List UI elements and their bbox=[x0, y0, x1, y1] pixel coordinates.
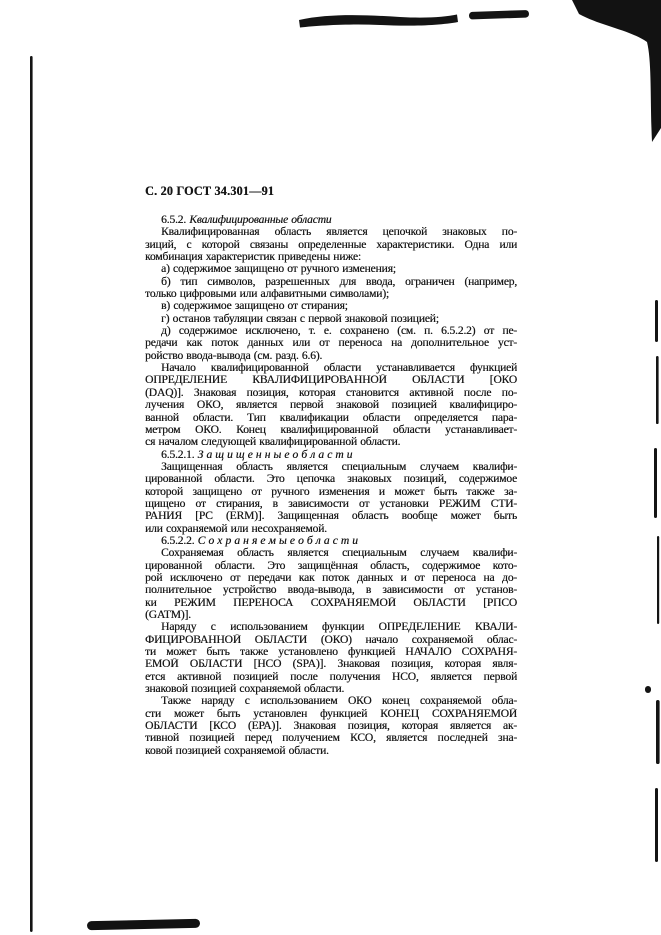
scan-artifact-right-mark bbox=[656, 356, 659, 424]
section-heading: 6.5.2.1. З а щ и щ е н н ы е о б л а с т… bbox=[145, 449, 517, 461]
text-line: комбинация характеристик приведены ниже: bbox=[145, 251, 517, 263]
section-number: 6.5.2.2. bbox=[161, 535, 198, 547]
text-line: Наряду с использованием функции ОПРЕДЕЛЕ… bbox=[145, 621, 517, 633]
text-line: или сохраняемой или несохраняемой. bbox=[145, 523, 517, 535]
text-line: которой защищено от ручного изменения и … bbox=[145, 486, 517, 498]
text-line: д) содержимое исключено, т. е. сохранено… bbox=[145, 325, 517, 337]
text-line: ройство ввода-вывода (см. разд. 6.6). bbox=[145, 350, 517, 362]
text-line: метром ОКО. Конец квалифицированной обла… bbox=[145, 424, 517, 436]
text-line: тивной позицией перед получением КСО, яв… bbox=[145, 732, 517, 744]
text-line: знаковой позицией сохраняемой области. bbox=[145, 683, 517, 695]
scan-artifact-top-streak bbox=[299, 15, 458, 28]
text-line: полнительное устройство ввода-вывода, в … bbox=[145, 584, 517, 596]
text-line: ОПРЕДЕЛЕНИЕ КВАЛИФИЦИРОВАННОЙ ОБЛАСТИ [О… bbox=[145, 374, 517, 386]
section-heading: 6.5.2.2. С о х р а н я е м ы е о б л а с… bbox=[145, 535, 517, 547]
text-line: ется активной позицией после получения Н… bbox=[145, 671, 517, 683]
scan-artifact-right-mark bbox=[656, 700, 660, 764]
text-line: ФИЦИРОВАННОЙ ОБЛАСТИ (ОКО) начало сохран… bbox=[145, 634, 517, 646]
text-line: ковой позицией сохраняемой области. bbox=[145, 745, 517, 757]
text-line: Защищенная область является специальным … bbox=[145, 461, 517, 473]
text-line: цированной области. Это защищённая облас… bbox=[145, 560, 517, 572]
text-line: зиций, с которой связаны определенные ха… bbox=[145, 239, 517, 251]
scan-artifact-top-streak-2 bbox=[469, 10, 529, 20]
scan-artifact-right-mark bbox=[654, 448, 657, 518]
text-line: ся началом следующей квалифицированной о… bbox=[145, 436, 517, 448]
section-number: 6.5.2. bbox=[161, 214, 189, 226]
scan-artifact-right-mark bbox=[657, 536, 659, 624]
text-line: редачи как поток данных или от переноса … bbox=[145, 337, 517, 349]
section-title: С о х р а н я е м ы е о б л а с т и bbox=[198, 535, 358, 547]
text-line: РАНИЯ [РС (ERM)]. Защищенная область воо… bbox=[145, 510, 517, 522]
scan-artifact-right-mark bbox=[655, 788, 658, 862]
section-heading: 6.5.2. Квалифицированные области bbox=[145, 214, 517, 226]
text-line: лучения ОКО, является первой знаковой по… bbox=[145, 399, 517, 411]
text-line: ванной области. Тип квалификации области… bbox=[145, 412, 517, 424]
text-line: Также наряду с использованием ОКО конец … bbox=[145, 695, 517, 707]
scan-artifact-right-dot bbox=[645, 686, 651, 693]
page-header: С. 20 ГОСТ 34.301—91 bbox=[145, 184, 274, 199]
text-line: щищено от стирания, в зависимости от уст… bbox=[145, 498, 517, 510]
scan-artifact-left-line bbox=[30, 56, 33, 932]
section-number: 6.5.2.1. bbox=[161, 449, 198, 461]
text-line: сти может быть установлен функцией КОНЕЦ… bbox=[145, 708, 517, 720]
text-line: ти может быть также установлено функцией… bbox=[145, 646, 517, 658]
text-line: Сохраняемая область является специальным… bbox=[145, 547, 517, 559]
text-line: ОБЛАСТИ [КСО (ЕРА)]. Знаковая позиция, к… bbox=[145, 720, 517, 732]
text-line: в) содержимое защищено от стирания; bbox=[145, 300, 517, 312]
text-line: (DAQ)]. Знаковая позиция, которая станов… bbox=[145, 387, 517, 399]
scan-artifact-right-mark bbox=[655, 300, 658, 342]
text-line: а) содержимое защищено от ручного измене… bbox=[145, 263, 517, 275]
body-text: 6.5.2. Квалифицированные областиКвалифиц… bbox=[145, 214, 517, 757]
text-line: ЕМОЙ ОБЛАСТИ [НСО (SPA)]. Знаковая позиц… bbox=[145, 658, 517, 670]
text-line: только цифровыми или алфавитными символа… bbox=[145, 288, 517, 300]
document-page: С. 20 ГОСТ 34.301—91 6.5.2. Квалифициров… bbox=[0, 0, 661, 935]
scan-artifact-bottom-dash bbox=[87, 919, 200, 930]
text-line: цированной области. Это цепочка знаковых… bbox=[145, 473, 517, 485]
text-line: Квалифицированная область является цепоч… bbox=[145, 226, 517, 238]
text-line: (GATM)]. bbox=[145, 609, 517, 621]
text-line: рой исключено от передачи как поток данн… bbox=[145, 572, 517, 584]
text-line: г) останов табуляции связан с первой зна… bbox=[145, 313, 517, 325]
section-title: Квалифицированные области bbox=[189, 214, 331, 226]
text-line: Начало квалифицированной области устанав… bbox=[145, 362, 517, 374]
scan-artifact-corner-blob bbox=[572, 0, 661, 142]
section-title: З а щ и щ е н н ы е о б л а с т и bbox=[198, 449, 353, 461]
text-line: ки РЕЖИМ ПЕРЕНОСА СОХРАНЯЕМОЙ ОБЛАСТИ [Р… bbox=[145, 597, 517, 609]
text-line: б) тип символов, разрешенных для ввода, … bbox=[145, 276, 517, 288]
